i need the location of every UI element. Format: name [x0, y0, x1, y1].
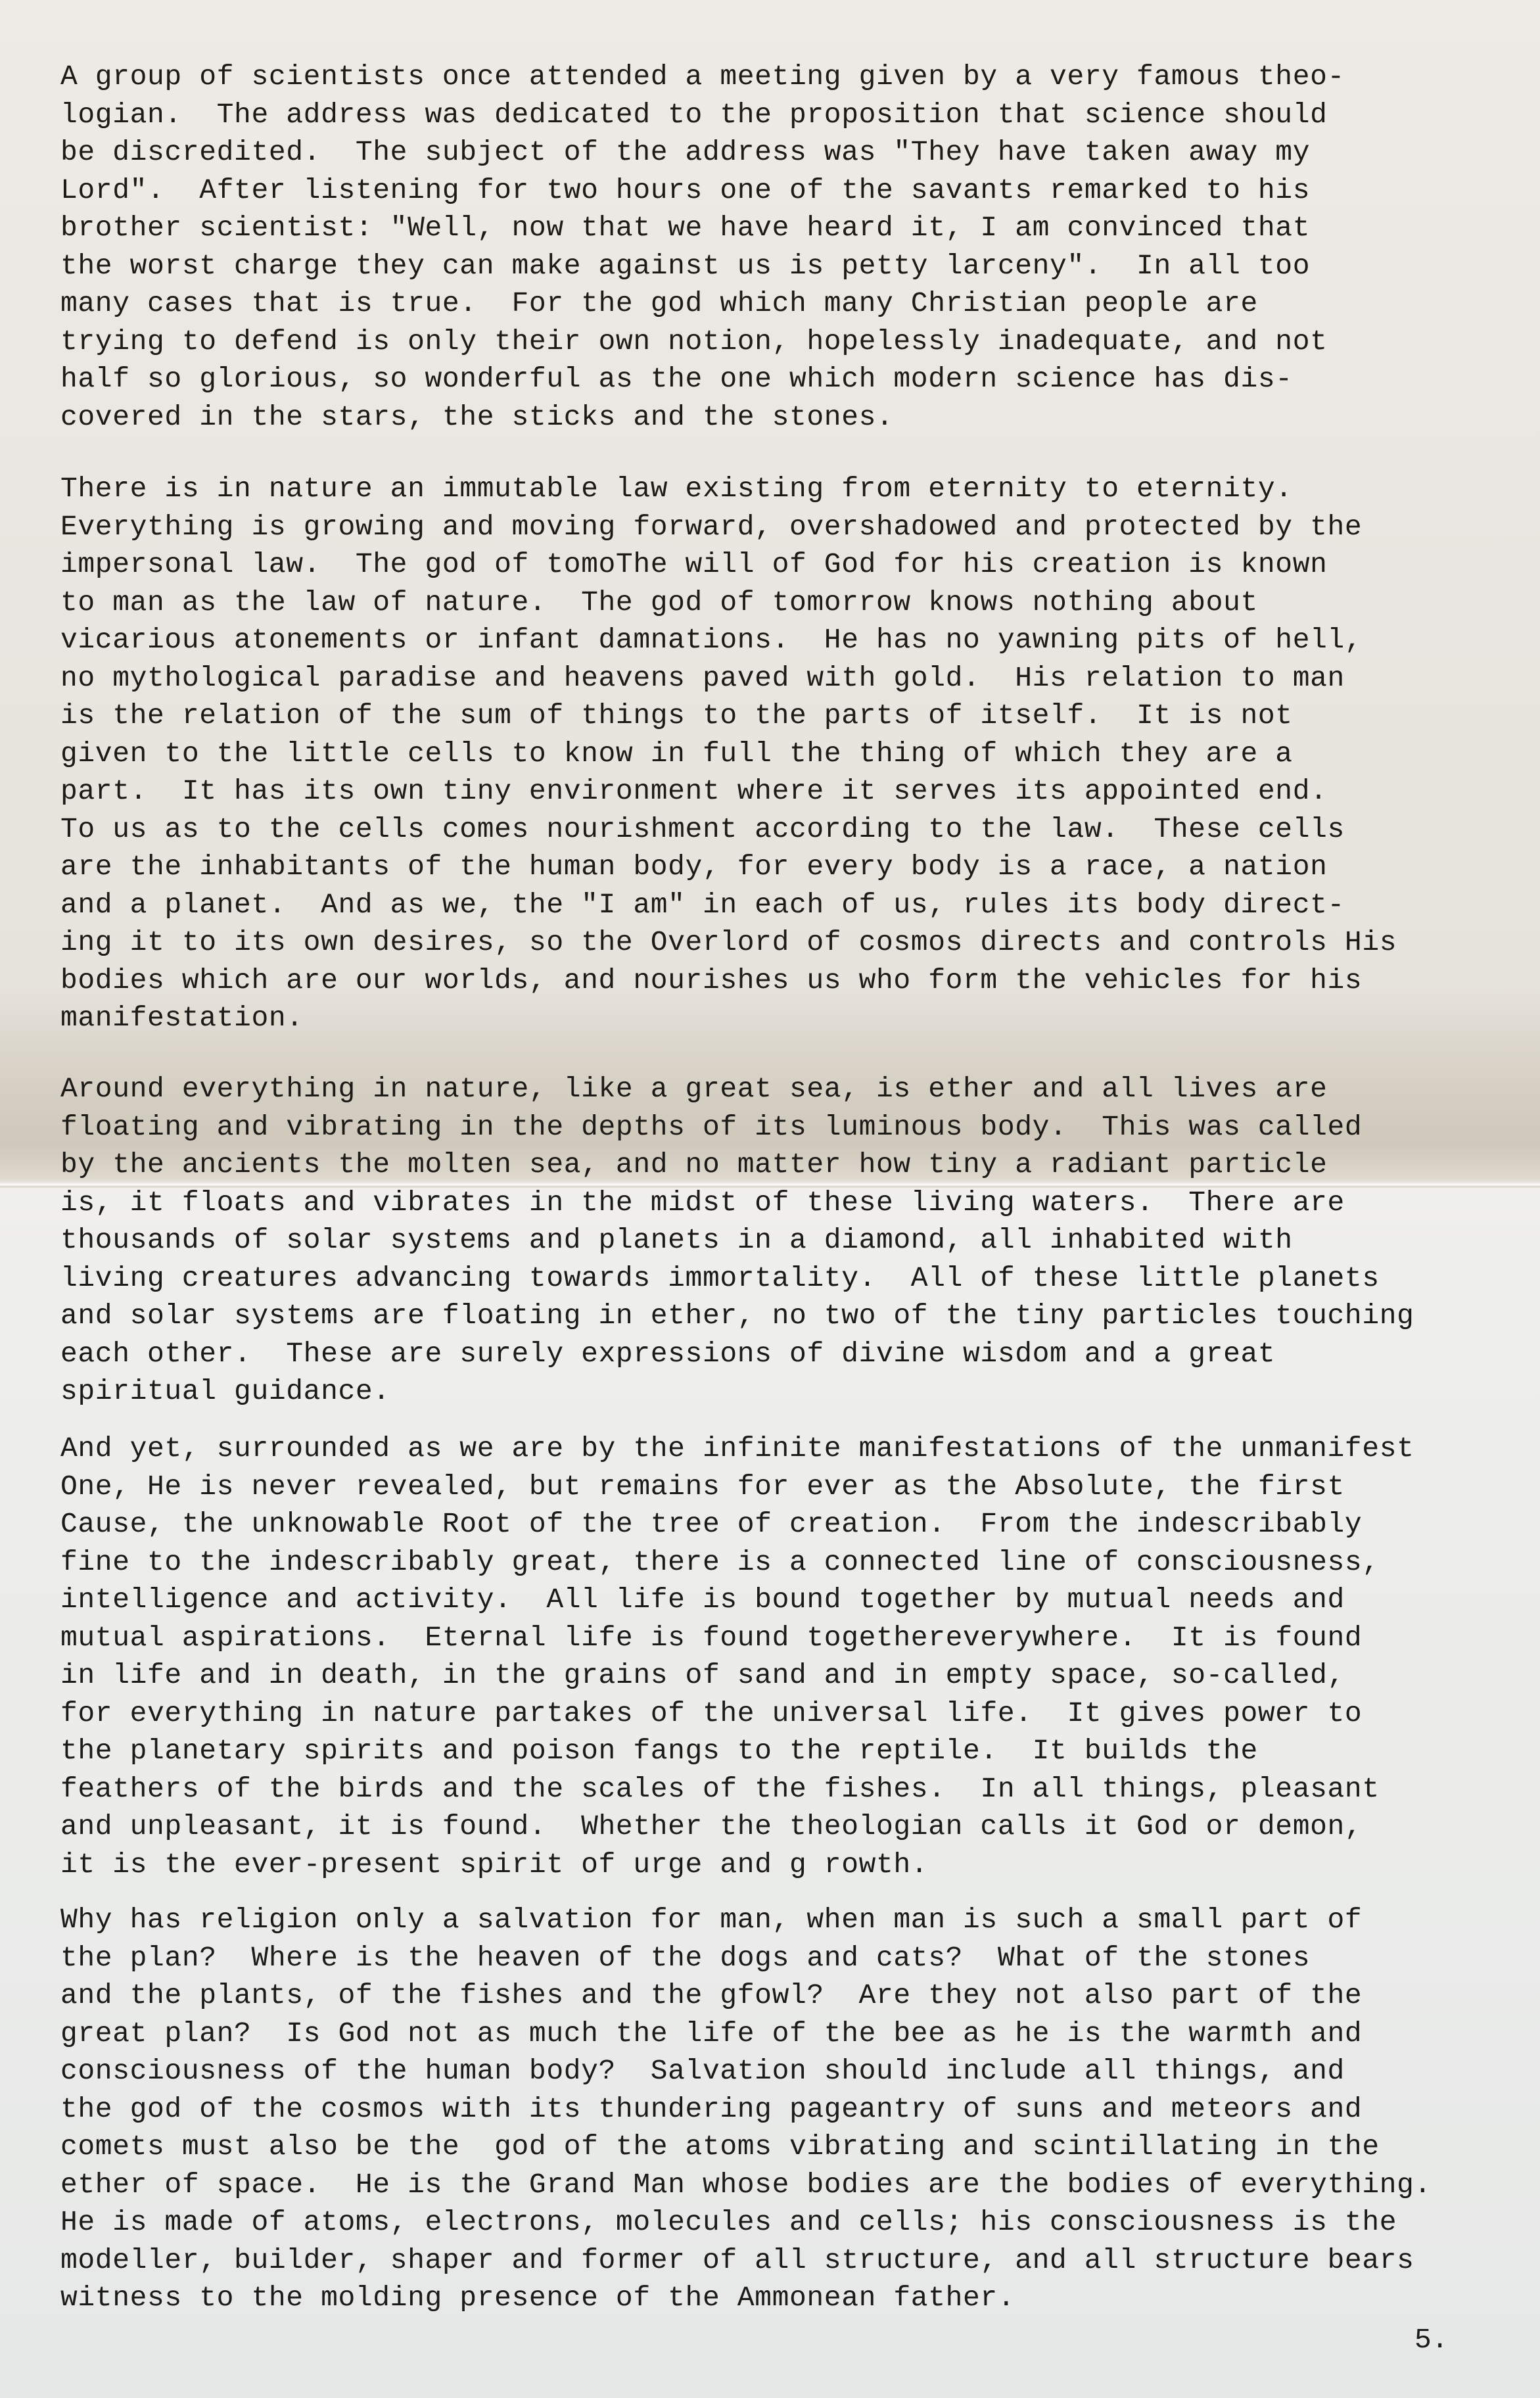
text-line: are the inhabitants of the human body, f…: [60, 848, 1526, 886]
text-line: One, He is never revealed, but remains f…: [60, 1468, 1526, 1506]
text-line: ing it to its own desires, so the Overlo…: [60, 924, 1526, 962]
text-line: be discredited. The subject of the addre…: [60, 133, 1526, 172]
paragraph-1: A group of scientists once attended a me…: [60, 58, 1526, 436]
text-line: covered in the stars, the sticks and the…: [60, 398, 1526, 436]
text-line: Around everything in nature, like a grea…: [60, 1070, 1526, 1108]
text-line: the worst charge they can make against u…: [60, 247, 1526, 285]
text-line: thousands of solar systems and planets i…: [60, 1221, 1526, 1259]
text-line: is, it floats and vibrates in the midst …: [60, 1184, 1526, 1222]
text-line: intelligence and activity. All life is b…: [60, 1581, 1526, 1619]
text-line: logian. The address was dedicated to the…: [60, 96, 1526, 134]
text-line: each other. These are surely expressions…: [60, 1335, 1526, 1373]
text-line: and solar systems are floating in ether,…: [60, 1297, 1526, 1335]
text-line: living creatures advancing towards immor…: [60, 1259, 1526, 1298]
text-line: manifestation.: [60, 999, 1526, 1037]
typewritten-page: A group of scientists once attended a me…: [0, 0, 1540, 2398]
text-line: is the relation of the sum of things to …: [60, 697, 1526, 735]
text-line: trying to defend is only their own notio…: [60, 323, 1526, 361]
page-number: 5.: [1414, 2324, 1449, 2356]
text-line: A group of scientists once attended a me…: [60, 58, 1526, 96]
text-line: spiritual guidance.: [60, 1373, 1526, 1411]
text-line: and a planet. And as we, the "I am" in e…: [60, 886, 1526, 924]
text-line: the planetary spirits and poison fangs t…: [60, 1732, 1526, 1770]
text-line: the god of the cosmos with its thunderin…: [60, 2090, 1526, 2128]
text-line: Lord". After listening for two hours one…: [60, 172, 1526, 210]
text-line: and the plants, of the fishes and the gf…: [60, 1977, 1526, 2015]
text-line: mutual aspirations. Eternal life is foun…: [60, 1619, 1526, 1657]
text-line: no mythological paradise and heavens pav…: [60, 659, 1526, 697]
text-line: great plan? Is God not as much the life …: [60, 2015, 1526, 2053]
text-line: modeller, builder, shaper and former of …: [60, 2242, 1526, 2280]
text-line: floating and vibrating in the depths of …: [60, 1108, 1526, 1146]
text-line: part. It has its own tiny environment wh…: [60, 772, 1526, 811]
paragraph-3: Around everything in nature, like a grea…: [60, 1070, 1526, 1411]
text-line: vicarious atonements or infant damnation…: [60, 621, 1526, 659]
text-line: given to the little cells to know in ful…: [60, 735, 1526, 773]
text-line: impersonal law. The god of tomoThe will …: [60, 546, 1526, 584]
text-line: in life and in death, in the grains of s…: [60, 1657, 1526, 1695]
text-line: to man as the law of nature. The god of …: [60, 584, 1526, 622]
text-line: Cause, the unknowable Root of the tree o…: [60, 1505, 1526, 1543]
text-line: consciousness of the human body? Salvati…: [60, 2052, 1526, 2090]
text-line: by the ancients the molten sea, and no m…: [60, 1146, 1526, 1184]
text-line: fine to the indescribably great, there i…: [60, 1543, 1526, 1582]
text-line: and unpleasant, it is found. Whether the…: [60, 1808, 1526, 1846]
text-line: it is the ever-present spirit of urge an…: [60, 1846, 1526, 1884]
text-line: ether of space. He is the Grand Man whos…: [60, 2166, 1526, 2204]
text-line: To us as to the cells comes nourishment …: [60, 811, 1526, 849]
text-line: the plan? Where is the heaven of the dog…: [60, 1939, 1526, 1977]
text-line: comets must also be the god of the atoms…: [60, 2128, 1526, 2166]
text-line: There is in nature an immutable law exis…: [60, 470, 1526, 508]
text-line: witness to the molding presence of the A…: [60, 2279, 1526, 2317]
text-line: half so glorious, so wonderful as the on…: [60, 360, 1526, 398]
text-line: many cases that is true. For the god whi…: [60, 285, 1526, 323]
text-line: Why has religion only a salvation for ma…: [60, 1901, 1526, 1939]
text-line: brother scientist: "Well, now that we ha…: [60, 209, 1526, 247]
paragraph-4: And yet, surrounded as we are by the inf…: [60, 1430, 1526, 1883]
paragraph-2: There is in nature an immutable law exis…: [60, 470, 1526, 1037]
text-line: And yet, surrounded as we are by the inf…: [60, 1430, 1526, 1468]
text-line: He is made of atoms, electrons, molecule…: [60, 2203, 1526, 2242]
text-line: for everything in nature partakes of the…: [60, 1695, 1526, 1733]
text-line: Everything is growing and moving forward…: [60, 508, 1526, 546]
text-line: bodies which are our worlds, and nourish…: [60, 962, 1526, 1000]
paragraph-5: Why has religion only a salvation for ma…: [60, 1901, 1526, 2317]
text-line: feathers of the birds and the scales of …: [60, 1770, 1526, 1808]
